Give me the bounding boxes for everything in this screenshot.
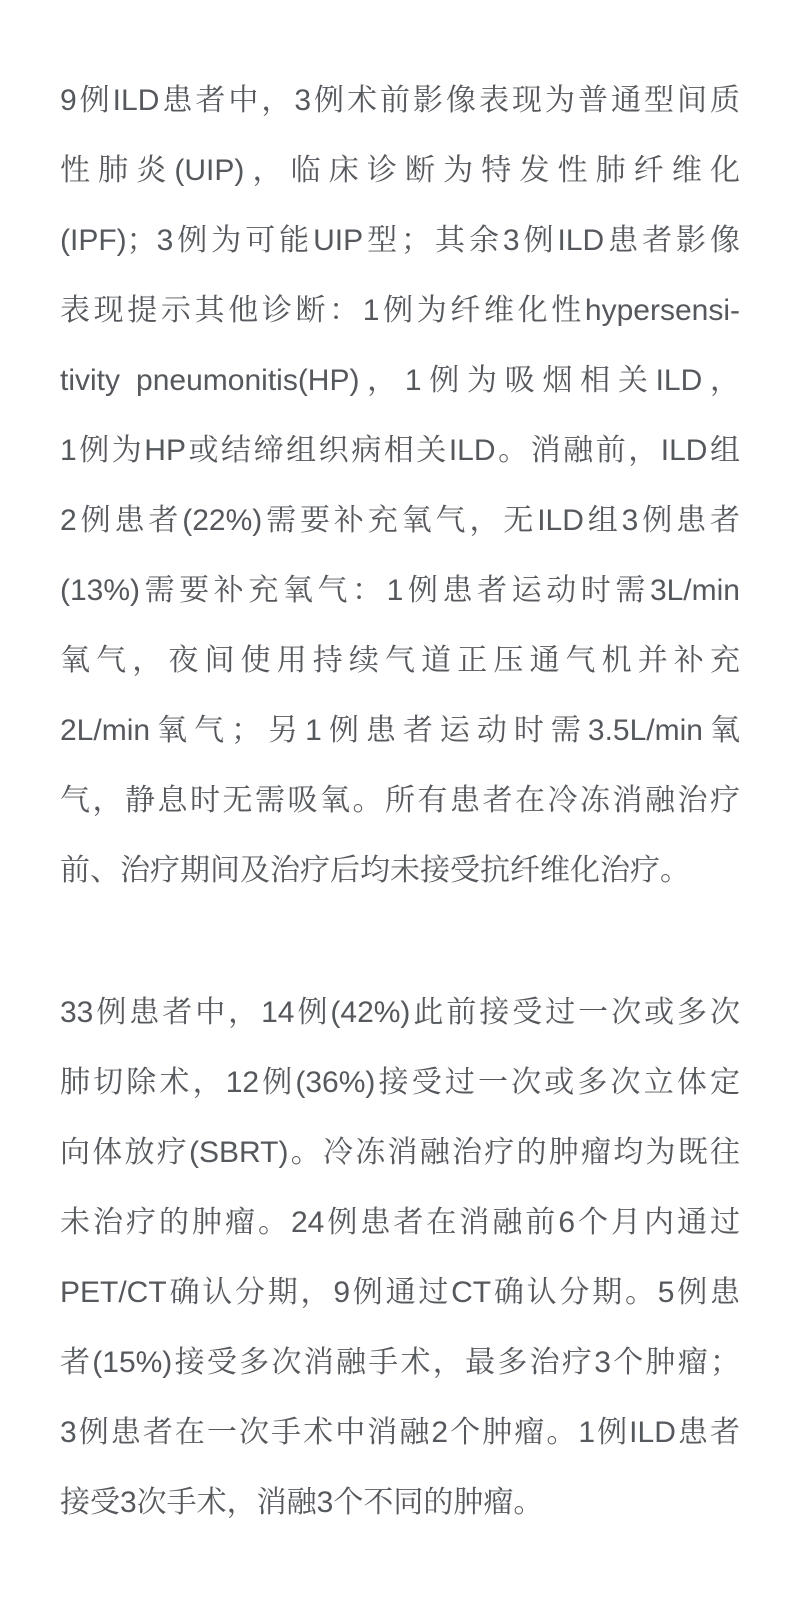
text-line: 气，静息时无需吸氧。所有患者在冷冻消融治疗	[60, 766, 740, 836]
text-line: 9例ILD患者中，3例术前影像表现为普通型间质	[60, 66, 740, 136]
text-line: 未治疗的肿瘤。24例患者在消融前6个月内通过	[60, 1188, 740, 1258]
text-line: tivity pneumonitis(HP)，1例为吸烟相关ILD，	[60, 346, 740, 416]
text-line: (IPF)；3例为可能UIP型；其余3例ILD患者影像	[60, 206, 740, 276]
text-line: 性肺炎(UIP)，临床诊断为特发性肺纤维化	[60, 136, 740, 206]
text-line: PET/CT确认分期，9例通过CT确认分期。5例患	[60, 1258, 740, 1328]
paragraph-prior-treatment: 33例患者中，14例(42%)此前接受过一次或多次 肺切除术，12例(36%)接…	[60, 978, 740, 1538]
text-line: 33例患者中，14例(42%)此前接受过一次或多次	[60, 978, 740, 1048]
text-line: 表现提示其他诊断：1例为纤维化性hypersensi-	[60, 276, 740, 346]
text-line: 2例患者(22%)需要补充氧气，无ILD组3例患者	[60, 486, 740, 556]
text-line: (13%)需要补充氧气：1例患者运动时需3L/min	[60, 556, 740, 626]
text-line: 1例为HP或结缔组织病相关ILD。消融前，ILD组	[60, 416, 740, 486]
text-line: 者(15%)接受多次消融手术，最多治疗3个肿瘤；	[60, 1328, 740, 1398]
text-line: 前、治疗期间及治疗后均未接受抗纤维化治疗。	[60, 836, 740, 906]
text-line: 氧气，夜间使用持续气道正压通气机并补充	[60, 626, 740, 696]
paragraph-ild-baseline: 9例ILD患者中，3例术前影像表现为普通型间质 性肺炎(UIP)，临床诊断为特发…	[60, 66, 740, 906]
text-line: 肺切除术，12例(36%)接受过一次或多次立体定	[60, 1048, 740, 1118]
document-page: 9例ILD患者中，3例术前影像表现为普通型间质 性肺炎(UIP)，临床诊断为特发…	[0, 0, 800, 1606]
text-line: 2L/min氧气；另1例患者运动时需3.5L/min氧	[60, 696, 740, 766]
text-line: 接受3次手术，消融3个不同的肿瘤。	[60, 1468, 740, 1538]
text-line: 3例患者在一次手术中消融2个肿瘤。1例ILD患者	[60, 1398, 740, 1468]
text-line: 向体放疗(SBRT)。冷冻消融治疗的肿瘤均为既往	[60, 1118, 740, 1188]
